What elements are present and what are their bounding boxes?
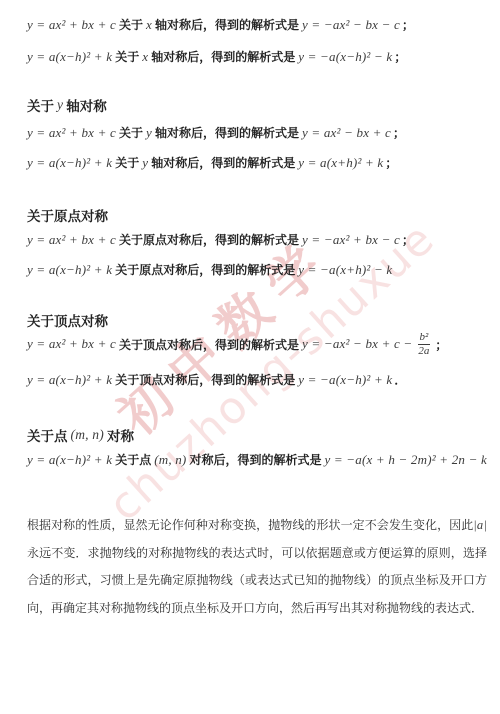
math-result-equation: y = −ax² − bx − c (302, 17, 400, 33)
label-symmetry-result: 关于原点对称后，得到的解析式是 (115, 261, 295, 278)
math-original-equation: y = ax² + bx + c (27, 17, 116, 33)
label-about: 关于 (119, 124, 143, 141)
math-point-coordinates: (m, n) (154, 452, 186, 468)
document-page: 初中数学 chuzhong-shuxue y = ax² + bx + c 关于… (0, 0, 500, 714)
formula-line-x-axis-vertex-form: y = a(x−h)² + k 关于 x 轴对称后，得到的解析式是 y = −a… (27, 48, 409, 65)
heading-text-post: 轴对称 (66, 95, 107, 115)
formula-line-vertex-standard: y = ax² + bx + c 关于顶点对称后，得到的解析式是 y = −ax… (27, 331, 450, 357)
label-about: 关于 (115, 154, 139, 171)
math-result-equation: y = −a(x−h)² − k (298, 49, 392, 65)
math-result-equation: y = a(x+h)² + k (298, 155, 383, 171)
label-symmetry-result: 轴对称后，得到的解析式是 (151, 154, 295, 171)
label-symmetry-result: 关于顶点对称后，得到的解析式是 (115, 371, 295, 388)
punctuation: ； (402, 16, 414, 33)
label-symmetry-result: 轴对称后，得到的解析式是 (155, 16, 299, 33)
math-abs-a: |a| (473, 518, 487, 532)
label-about: 关于点 (115, 451, 151, 468)
math-axis-variable: x (142, 49, 148, 65)
heading-y-axis-symmetry: 关于 y 轴对称 (27, 95, 107, 115)
math-result-equation: y = −a(x+h)² − k (298, 262, 392, 278)
formula-line-y-axis-vertex-form: y = a(x−h)² + k 关于 y 轴对称后，得到的解析式是 y = a(… (27, 154, 400, 171)
math-original-equation: y = ax² + bx + c (27, 125, 116, 141)
punctuation: ； (435, 336, 447, 353)
punctuation: ； (394, 48, 406, 65)
math-original-equation: y = ax² + bx + c (27, 232, 116, 248)
paragraph-text-part2: 永远不变．求抛物线的对称抛物线的表达式时，可以依据题意或方便运算的原则，选择合适… (27, 546, 487, 615)
math-original-equation: y = a(x−h)² + k (27, 155, 112, 171)
formula-line-origin-vertex-form: y = a(x−h)² + k 关于原点对称后，得到的解析式是 y = −a(x… (27, 261, 397, 278)
label-symmetry-result: 轴对称后，得到的解析式是 (155, 124, 299, 141)
document-content: y = ax² + bx + c 关于 x 轴对称后，得到的解析式是 y = −… (0, 0, 500, 714)
label-about: 关于 (115, 48, 139, 65)
paragraph-text-part1: 根据对称的性质，显然无论作何种对称变换，抛物线的形状一定不会发生变化，因此 (27, 518, 473, 532)
formula-line-origin-standard: y = ax² + bx + c 关于原点对称后，得到的解析式是 y = −ax… (27, 231, 417, 248)
label-symmetry-result: 关于顶点对称后，得到的解析式是 (119, 336, 299, 353)
math-result-equation: y = −a(x−h)² + k (298, 372, 392, 388)
fraction-b-squared-over-2a: b² 2a (416, 331, 431, 357)
formula-line-point-symmetry: y = a(x−h)² + k 关于点 (m, n) 对称后，得到的解析式是 y… (27, 451, 492, 468)
math-result-equation: y = −a(x + h − 2m)² + 2n − k (324, 452, 487, 468)
label-symmetry-result: 对称后，得到的解析式是 (189, 451, 321, 468)
label-symmetry-result: 轴对称后，得到的解析式是 (151, 48, 295, 65)
math-point-coordinates: (m, n) (71, 427, 104, 443)
math-result-equation: y = −ax² + bx − c (302, 232, 400, 248)
math-axis-variable: y (57, 97, 63, 113)
formula-line-y-axis-standard: y = ax² + bx + c 关于 y 轴对称后，得到的解析式是 y = a… (27, 124, 408, 141)
heading-text-pre: 关于 (27, 95, 54, 115)
punctuation: ； (393, 124, 405, 141)
math-axis-variable: y (142, 155, 148, 171)
math-original-equation: y = a(x−h)² + k (27, 49, 112, 65)
formula-line-x-axis-standard: y = ax² + bx + c 关于 x 轴对称后，得到的解析式是 y = −… (27, 16, 417, 33)
heading-text: 关于顶点对称 (27, 310, 108, 330)
heading-text: 关于原点对称 (27, 205, 108, 225)
math-original-equation: y = ax² + bx + c (27, 336, 116, 352)
math-axis-variable: y (146, 125, 152, 141)
conclusion-paragraph: 根据对称的性质，显然无论作何种对称变换，抛物线的形状一定不会发生变化，因此|a|… (27, 512, 487, 622)
heading-text-post: 对称 (107, 425, 134, 445)
punctuation: ； (402, 231, 414, 248)
punctuation: ． (394, 371, 406, 388)
math-result-equation: y = ax² − bx + c (302, 125, 391, 141)
math-original-equation: y = a(x−h)² + k (27, 452, 112, 468)
punctuation: ； (385, 154, 397, 171)
heading-origin-symmetry: 关于原点对称 (27, 205, 108, 225)
heading-vertex-symmetry: 关于顶点对称 (27, 310, 108, 330)
math-original-equation: y = a(x−h)² + k (27, 262, 112, 278)
math-axis-variable: x (146, 17, 152, 33)
heading-text-pre: 关于点 (27, 425, 68, 445)
fraction-numerator: b² (418, 331, 431, 345)
heading-point-symmetry: 关于点 (m, n) 对称 (27, 425, 134, 445)
label-about: 关于 (119, 16, 143, 33)
fraction-denominator: 2a (416, 345, 431, 358)
formula-line-vertex-vertex-form: y = a(x−h)² + k 关于顶点对称后，得到的解析式是 y = −a(x… (27, 371, 409, 388)
label-symmetry-result: 关于原点对称后，得到的解析式是 (119, 231, 299, 248)
math-result-equation: y = −ax² − bx + c − (302, 336, 412, 352)
math-original-equation: y = a(x−h)² + k (27, 372, 112, 388)
